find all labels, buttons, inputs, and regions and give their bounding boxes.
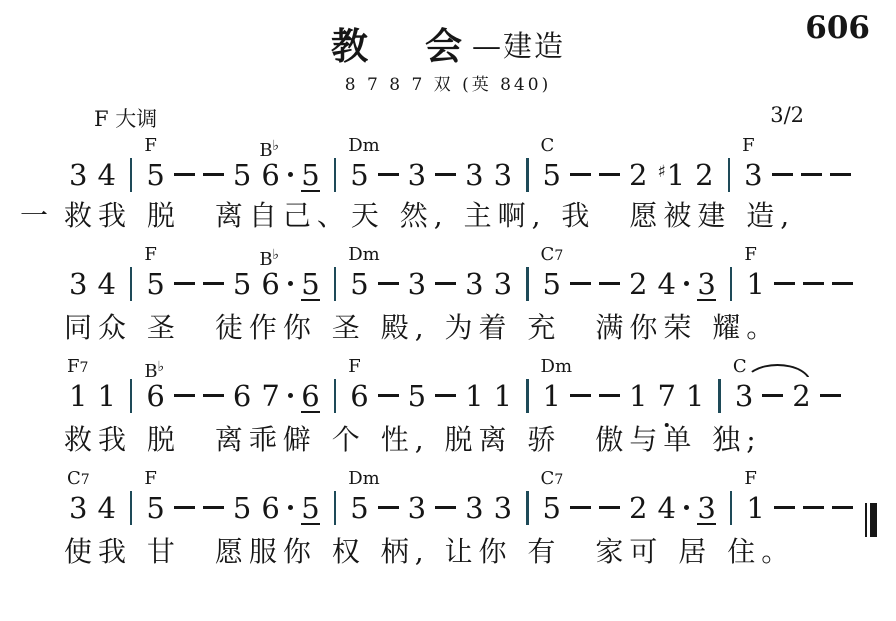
note: 1 bbox=[465, 379, 483, 418]
duration-dash bbox=[570, 173, 591, 176]
note: 3 bbox=[408, 267, 426, 306]
dotted-note-dot bbox=[684, 505, 690, 511]
note: Dm5 bbox=[350, 267, 368, 306]
note: 2 bbox=[629, 267, 647, 306]
barline bbox=[334, 379, 337, 413]
note-digit: 5 bbox=[408, 379, 426, 413]
chord-label: Dm bbox=[348, 137, 380, 155]
note-digit: 3 bbox=[69, 267, 87, 301]
note: 5 bbox=[301, 494, 319, 530]
note-digit: 5 bbox=[233, 267, 251, 301]
note-digit: 4 bbox=[657, 267, 675, 301]
duration-dash bbox=[174, 173, 195, 176]
note: 2 bbox=[792, 379, 810, 418]
tie-arc bbox=[744, 364, 811, 383]
note: 2 bbox=[629, 158, 647, 197]
note-digit: 1 bbox=[667, 158, 685, 192]
note-digit: 2 bbox=[695, 158, 713, 192]
note: 1 bbox=[686, 379, 704, 418]
note-digit: 4 bbox=[657, 491, 675, 525]
duration-dash bbox=[774, 506, 795, 509]
duration-dash bbox=[203, 173, 224, 176]
note: 3 bbox=[408, 158, 426, 197]
note-digit: 6 bbox=[350, 379, 368, 413]
music-section: 34F55B♭65Dm5333C52♯12F3一救我 脱 离自己、天 然, 主啊… bbox=[0, 133, 896, 571]
duration-dash bbox=[762, 394, 783, 397]
note-digit: 3 bbox=[744, 158, 762, 192]
note: 3 bbox=[465, 158, 483, 197]
note: F5 bbox=[146, 158, 164, 197]
chord-label: C7 bbox=[541, 246, 564, 265]
lyric-text: 救我 脱 离乖僻 个 性, 脱离 骄 傲与单 独; bbox=[64, 423, 762, 456]
hymn-page: 606 教 会—建造 8 7 8 7 双 (英 840) F 大调 3/2 34… bbox=[0, 0, 896, 621]
dotted-note-dot bbox=[288, 393, 294, 399]
duration-dash bbox=[378, 282, 399, 285]
note-digit: 7 bbox=[657, 379, 675, 413]
note: 3 bbox=[697, 494, 715, 530]
note: B♭6 bbox=[261, 267, 279, 306]
note: C75 bbox=[543, 267, 561, 306]
note: 4 bbox=[657, 267, 675, 306]
duration-dash bbox=[378, 173, 399, 176]
note-digit: 6 bbox=[233, 379, 251, 413]
note: C75 bbox=[543, 491, 561, 530]
note: 6 bbox=[233, 379, 251, 418]
note-digit: 5 bbox=[146, 158, 164, 192]
note-digit: 1 bbox=[494, 379, 512, 413]
duration-dash bbox=[203, 282, 224, 285]
note-digit: 1 bbox=[543, 379, 561, 413]
duration-dash bbox=[174, 282, 195, 285]
barline bbox=[130, 379, 133, 413]
duration-dash bbox=[174, 394, 195, 397]
verse-number: 一 bbox=[20, 197, 64, 235]
lyric-text: 同众 圣 徒作你 圣 殿, 为着 充 满你荣 耀。 bbox=[64, 311, 780, 344]
chord-label: C bbox=[541, 137, 555, 155]
chord-label: C7 bbox=[541, 470, 564, 489]
note-digit: 3 bbox=[735, 379, 753, 413]
music-line-3: F711B♭6676F6511Dm1171C32 bbox=[0, 357, 896, 417]
flat-icon: ♭ bbox=[273, 138, 280, 154]
hymn-number: 606 bbox=[805, 10, 870, 46]
note: Dm5 bbox=[350, 491, 368, 530]
note-digit: 5 bbox=[350, 158, 368, 192]
duration-dash bbox=[203, 506, 224, 509]
note: 3 bbox=[494, 491, 512, 530]
duration-dash bbox=[203, 394, 224, 397]
sharp-icon: ♯ bbox=[657, 162, 665, 182]
final-barline bbox=[865, 503, 877, 537]
lyric-line-4: 使我 甘 愿服你 权 柄, 让你 有 家可 居 住。 bbox=[0, 533, 896, 571]
lyric-line-1: 一救我 脱 离自己、天 然, 主啊, 我 愿被建 造, bbox=[0, 197, 896, 235]
duration-dash bbox=[599, 506, 620, 509]
chord-label: C bbox=[733, 358, 747, 376]
note: C5 bbox=[543, 158, 561, 197]
note-digit: 6 bbox=[146, 379, 164, 413]
duration-dash bbox=[599, 394, 620, 397]
duration-dash bbox=[378, 394, 399, 397]
note-digit: 3 bbox=[69, 491, 87, 525]
note-digit: 5 bbox=[301, 161, 319, 192]
key-signature: F 大调 bbox=[94, 103, 157, 133]
note: 3 bbox=[465, 491, 483, 530]
note: 3 bbox=[69, 267, 87, 306]
duration-dash bbox=[174, 506, 195, 509]
note: 2 bbox=[695, 158, 713, 197]
duration-dash bbox=[570, 506, 591, 509]
note: B♭6 bbox=[146, 379, 164, 418]
note-digit: 3 bbox=[69, 158, 87, 192]
duration-dash bbox=[803, 282, 824, 285]
note-digit: 6 bbox=[261, 158, 279, 192]
note-digit: 3 bbox=[465, 267, 483, 301]
note-digit: 6 bbox=[301, 382, 319, 413]
chord-label: F bbox=[744, 470, 757, 488]
note-digit: 1 bbox=[746, 267, 764, 301]
chord-label: B♭ bbox=[144, 358, 164, 381]
chord-label: F bbox=[742, 137, 755, 155]
note: 5 bbox=[408, 379, 426, 418]
dotted-note-dot bbox=[288, 505, 294, 511]
note-digit: 1 bbox=[629, 379, 647, 413]
note: B♭6 bbox=[261, 158, 279, 197]
chord-label: F bbox=[744, 246, 757, 264]
note-digit: 5 bbox=[233, 491, 251, 525]
note-digit: 1 bbox=[686, 379, 704, 413]
lyric-line-2: 同众 圣 徒作你 圣 殿, 为着 充 满你荣 耀。 bbox=[0, 309, 896, 347]
note-digit: 1 bbox=[97, 379, 115, 413]
note: F1 bbox=[746, 491, 764, 530]
note: 4 bbox=[97, 267, 115, 306]
note-digit: 5 bbox=[146, 267, 164, 301]
note: 5 bbox=[233, 491, 251, 530]
barline bbox=[334, 491, 337, 525]
lyric-text: 救我 脱 离自己、天 然, 主啊, 我 愿被建 造, bbox=[64, 199, 795, 232]
music-line-4: C734F5565Dm5333C75243F1 bbox=[0, 469, 896, 529]
note: 5 bbox=[301, 161, 319, 197]
lyric-line-3: 救我 脱 离乖僻 个 性, 脱离 骄 傲与单 独; bbox=[0, 421, 896, 459]
note: F71 bbox=[69, 379, 87, 418]
note: 6 bbox=[301, 382, 319, 418]
note-digit: 3 bbox=[408, 158, 426, 192]
hymn-title-suffix: —建造 bbox=[472, 29, 565, 63]
note-digit: 2 bbox=[629, 491, 647, 525]
note: 7 bbox=[261, 379, 279, 418]
chord-label: F bbox=[144, 137, 157, 155]
chord-seventh: 7 bbox=[554, 248, 563, 264]
note-digit: 5 bbox=[350, 267, 368, 301]
note: 2 bbox=[629, 491, 647, 530]
duration-dash bbox=[820, 394, 841, 397]
key-time-row: F 大调 3/2 bbox=[0, 95, 896, 133]
chord-label: Dm bbox=[348, 246, 380, 264]
note-digit: 1 bbox=[465, 379, 483, 413]
chord-label: B♭ bbox=[259, 246, 279, 269]
barline bbox=[334, 158, 337, 192]
barline bbox=[130, 158, 133, 192]
duration-dash bbox=[378, 506, 399, 509]
hymn-title: 教 会—建造 bbox=[0, 0, 896, 66]
barline bbox=[526, 379, 529, 413]
chord-seventh: 7 bbox=[554, 472, 563, 488]
duration-dash bbox=[435, 173, 456, 176]
note: 4 bbox=[657, 491, 675, 530]
note-digit: 5 bbox=[543, 158, 561, 192]
chord-label: Dm bbox=[348, 470, 380, 488]
note-digit: 5 bbox=[301, 494, 319, 525]
note-digit: 7 bbox=[261, 379, 279, 413]
duration-dash bbox=[832, 282, 853, 285]
note: 3 bbox=[69, 158, 87, 197]
note-digit: 3 bbox=[494, 158, 512, 192]
duration-dash bbox=[801, 173, 822, 176]
note: 3 bbox=[494, 267, 512, 306]
duration-dash bbox=[830, 173, 851, 176]
duration-dash bbox=[803, 506, 824, 509]
duration-dash bbox=[570, 282, 591, 285]
note: F3 bbox=[744, 158, 762, 197]
dotted-note-dot bbox=[288, 281, 294, 287]
duration-dash bbox=[599, 173, 620, 176]
dotted-note-dot bbox=[288, 172, 294, 178]
note-digit: 3 bbox=[408, 491, 426, 525]
duration-dash bbox=[832, 506, 853, 509]
note: ♯1 bbox=[657, 155, 685, 197]
chord-label: C7 bbox=[67, 470, 90, 489]
barline bbox=[130, 267, 133, 301]
note-digit: 1 bbox=[69, 379, 87, 413]
note: 3 bbox=[465, 267, 483, 306]
chord-label: F7 bbox=[67, 358, 88, 377]
chord-label: Dm bbox=[541, 358, 573, 376]
barline bbox=[728, 158, 731, 192]
chord-label: F bbox=[144, 470, 157, 488]
note-digit: 5 bbox=[233, 158, 251, 192]
barline bbox=[730, 267, 733, 301]
barline bbox=[130, 491, 133, 525]
duration-dash bbox=[435, 282, 456, 285]
barline bbox=[730, 491, 733, 525]
note-digit: 5 bbox=[301, 270, 319, 301]
note: Dm1 bbox=[543, 379, 561, 418]
barline bbox=[526, 267, 529, 301]
chord-label: F bbox=[144, 246, 157, 264]
note-digit: 2 bbox=[629, 158, 647, 192]
note-digit: 3 bbox=[494, 491, 512, 525]
note-digit: 3 bbox=[408, 267, 426, 301]
note-digit: 2 bbox=[629, 267, 647, 301]
chord-label: B♭ bbox=[259, 137, 279, 160]
note-digit: 3 bbox=[494, 267, 512, 301]
duration-dash bbox=[772, 173, 793, 176]
note: 5 bbox=[233, 158, 251, 197]
chord-seventh: 7 bbox=[81, 472, 90, 488]
low-octave-dot bbox=[664, 423, 669, 428]
note: F6 bbox=[350, 379, 368, 418]
note: F1 bbox=[746, 267, 764, 306]
note: Dm5 bbox=[350, 158, 368, 197]
note: 4 bbox=[97, 158, 115, 197]
note: C73 bbox=[69, 491, 87, 530]
note-digit: 3 bbox=[697, 494, 715, 525]
note-digit: 6 bbox=[261, 267, 279, 301]
music-line-2: 34F55B♭65Dm5333C75243F1 bbox=[0, 245, 896, 305]
note: 5 bbox=[301, 270, 319, 306]
note-digit: 3 bbox=[465, 158, 483, 192]
note-digit: 2 bbox=[792, 379, 810, 413]
note: 3 bbox=[408, 491, 426, 530]
chord-seventh: 7 bbox=[80, 360, 89, 376]
note-digit: 4 bbox=[97, 158, 115, 192]
note-digit: 1 bbox=[746, 491, 764, 525]
note: 6 bbox=[261, 491, 279, 530]
meter-info: 8 7 8 7 双 (英 840) bbox=[0, 70, 896, 95]
duration-dash bbox=[774, 282, 795, 285]
note: 7 bbox=[657, 379, 675, 418]
note-digit: 5 bbox=[146, 491, 164, 525]
note-digit: 6 bbox=[261, 491, 279, 525]
note-digit: 3 bbox=[697, 270, 715, 301]
flat-icon: ♭ bbox=[273, 247, 280, 263]
duration-dash bbox=[599, 282, 620, 285]
music-line-1: 34F55B♭65Dm5333C52♯12F3 bbox=[0, 133, 896, 193]
note: F5 bbox=[146, 267, 164, 306]
duration-dash bbox=[435, 394, 456, 397]
note: 3 bbox=[697, 270, 715, 306]
note: F5 bbox=[146, 491, 164, 530]
lyric-text: 使我 甘 愿服你 权 柄, 让你 有 家可 居 住。 bbox=[64, 535, 795, 568]
barline bbox=[526, 158, 529, 192]
barline bbox=[526, 491, 529, 525]
note: 4 bbox=[97, 491, 115, 530]
note: 1 bbox=[629, 379, 647, 418]
barline bbox=[718, 379, 721, 413]
note: 3 bbox=[494, 158, 512, 197]
note-digit: 5 bbox=[350, 491, 368, 525]
note: 1 bbox=[97, 379, 115, 418]
note-digit: 4 bbox=[97, 267, 115, 301]
note: 1 bbox=[494, 379, 512, 418]
flat-icon: ♭ bbox=[158, 359, 165, 375]
dotted-note-dot bbox=[684, 281, 690, 287]
time-signature: 3/2 bbox=[770, 103, 804, 133]
hymn-title-main: 教 会 bbox=[331, 24, 472, 68]
note: 5 bbox=[233, 267, 251, 306]
note-digit: 5 bbox=[543, 267, 561, 301]
note: C3 bbox=[735, 379, 753, 418]
duration-dash bbox=[570, 394, 591, 397]
note-digit: 3 bbox=[465, 491, 483, 525]
barline bbox=[334, 267, 337, 301]
duration-dash bbox=[435, 506, 456, 509]
chord-label: F bbox=[348, 358, 361, 376]
note-digit: 4 bbox=[97, 491, 115, 525]
note-digit: 5 bbox=[543, 491, 561, 525]
